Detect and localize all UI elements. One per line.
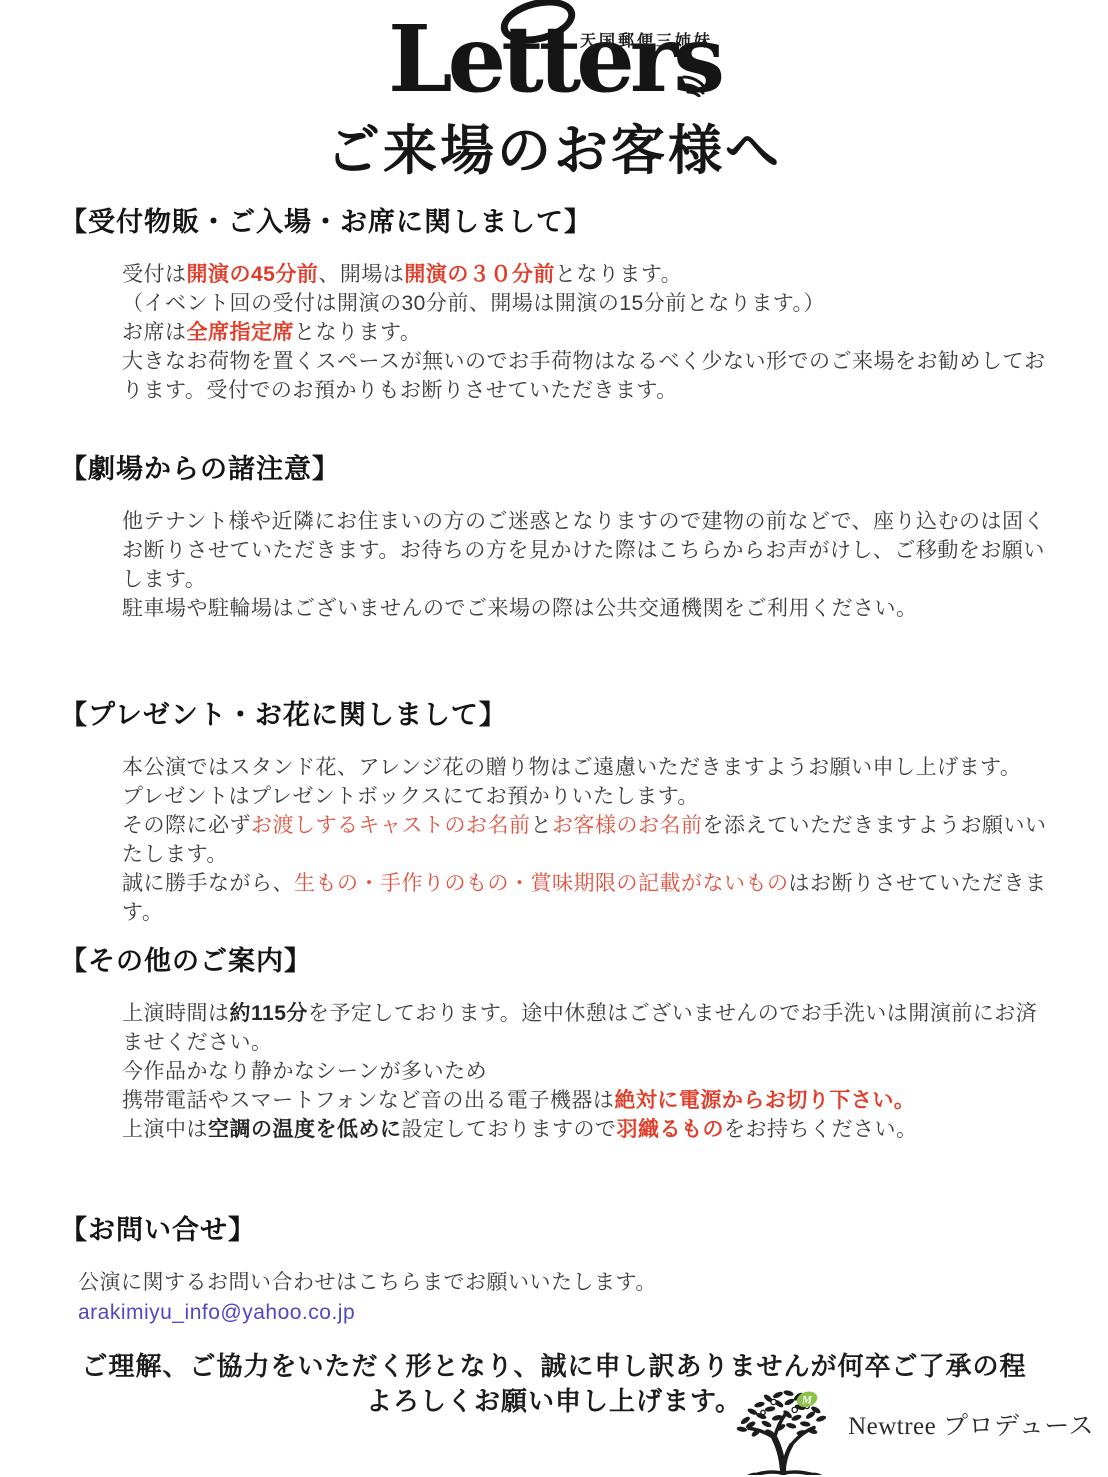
section-other-heading: 【その他のご案内】 (60, 943, 1052, 979)
section-venue-body: 他テナント様や近隣にお住まいの方のご迷惑となりますので建物の前などで、座り込むの… (60, 507, 1052, 623)
text-segment: 生もの・手作りのもの・賞味期限の記載がないもの (294, 872, 789, 895)
section-gifts-heading: 【プレゼント・お花に関しまして】 (60, 697, 1052, 733)
text-segment: 開演の45分前 (187, 263, 319, 286)
text-line: 受付は開演の45分前、開場は開演の３０分前となります。 (122, 260, 1048, 289)
text-segment: お渡しするキャストのお名前 (251, 814, 531, 837)
text-segment: お客様のお名前 (552, 814, 703, 837)
text-line: 上演時間は約115分を予定しております。途中休憩はございませんのでお手洗いは開演… (122, 999, 1048, 1057)
section-reception: 【受付物販・ご入場・お席に関しまして】 受付は開演の45分前、開場は開演の３０分… (0, 204, 1108, 405)
letters-logo: Letters 天国郵便三姉妹 (388, 4, 720, 116)
section-contact: 【お問い合せ】 公演に関するお問い合わせはこちらまでお願いいたします。 arak… (0, 1212, 1108, 1329)
text-segment: をお持ちください。 (724, 1118, 918, 1141)
text-segment: 、開場は (318, 263, 404, 286)
text-segment: 携帯電話やスマートフォンなど音の出る電子機器は (122, 1089, 614, 1112)
text-line: 今作品かなり静かなシーンが多いため (122, 1057, 1048, 1086)
section-reception-body: 受付は開演の45分前、開場は開演の３０分前となります。 （イベント回の受付は開演… (60, 260, 1052, 405)
page-title: ご来場のお客様へ (0, 118, 1108, 186)
text-segment: 上演中は (122, 1118, 208, 1141)
wing-icon (682, 73, 708, 102)
text-line: 携帯電話やスマートフォンなど音の出る電子機器は絶対に電源からお切り下さい。 (122, 1086, 1048, 1115)
text-line: 上演中は空調の温度を低めに設定しておりますので羽織るものをお持ちください。 (122, 1115, 1048, 1144)
text-segment: 羽織るもの (617, 1118, 725, 1141)
closing-line-1: ご理解、ご協力をいただく形となり、誠に申し訳ありませんが何卒ご了承の程 (0, 1349, 1108, 1384)
text-line: 本公演ではスタンド花、アレンジ花の贈り物はご遠慮いただきますようお願い申し上げま… (122, 753, 1048, 782)
flyer-page: Letters 天国郵便三姉妹 ご来場のお客様へ 【受付物販・ご入場・お席に関し… (0, 0, 1108, 1477)
masthead: Letters 天国郵便三姉妹 ご来場のお客様へ (0, 0, 1108, 186)
producer-name: Newtree (848, 1413, 936, 1440)
text-segment: 大きなお荷物を置くスペースが無いのでお手荷物はなるべく少ない形でのご来場をお勧め… (122, 350, 1045, 402)
text-segment: プレゼントはプレゼントボックスにてお預かりいたします。 (122, 785, 699, 808)
text-segment: 絶対に電源からお切り下さい。 (614, 1089, 915, 1112)
section-venue-notes: 【劇場からの諸注意】 他テナント様や近隣にお住まいの方のご迷惑となりますので建物… (0, 451, 1108, 623)
section-gifts-flowers: 【プレゼント・お花に関しまして】 本公演ではスタンド花、アレンジ花の贈り物はご遠… (0, 697, 1108, 927)
text-line: 大きなお荷物を置くスペースが無いのでお手荷物はなるべく少ない形でのご来場をお勧め… (122, 347, 1048, 405)
section-venue-heading: 【劇場からの諸注意】 (60, 451, 1052, 487)
section-contact-heading: 【お問い合せ】 (60, 1212, 1052, 1248)
section-reception-heading: 【受付物販・ご入場・お席に関しまして】 (60, 204, 1052, 240)
text-line: プレゼントはプレゼントボックスにてお預かりいたします。 (122, 782, 1048, 811)
text-line: その際に必ずお渡しするキャストのお名前とお客様のお名前を添えていただきますようお… (122, 811, 1048, 869)
text-line: 他テナント様や近隣にお住まいの方のご迷惑となりますので建物の前などで、座り込むの… (122, 507, 1048, 594)
text-segment: 全席指定席 (187, 321, 295, 344)
text-line: 公演に関するお問い合わせはこちらまでお願いいたします。 (78, 1268, 1048, 1297)
text-segment: 今作品かなり静かなシーンが多いため (122, 1060, 487, 1083)
text-segment: となります。 (555, 263, 682, 286)
producer-text: Newtree プロデュース (848, 1406, 1094, 1456)
text-segment: 受付は (122, 263, 187, 286)
text-line: 駐車場や駐輪場はございませんのでご来場の際は公共交通機関をご利用ください。 (122, 594, 1048, 623)
text-segment: お席は (122, 321, 187, 344)
text-segment: その際に必ず (122, 814, 251, 837)
section-contact-body: 公演に関するお問い合わせはこちらまでお願いいたします。 arakimiyu_in… (60, 1268, 1052, 1329)
text-line: 誠に勝手ながら、生もの・手作りのもの・賞味期限の記載がないものはお断りさせていた… (122, 869, 1048, 927)
logo-subtitle: 天国郵便三姉妹 (580, 28, 713, 51)
producer-logo: M Newtree プロデュース (724, 1387, 1094, 1475)
text-segment: 約115分 (230, 1002, 308, 1025)
text-segment: 開演の３０分前 (404, 263, 555, 286)
monogram-letter: M (801, 1395, 813, 1407)
text-line: お席は全席指定席となります。 (122, 318, 1048, 347)
text-segment: 上演時間は (122, 1002, 230, 1025)
text-segment: 誠に勝手ながら、 (122, 872, 294, 895)
text-segment: 駐車場や駐輪場はございませんのでご来場の際は公共交通機関をご利用ください。 (122, 597, 918, 620)
section-gifts-body: 本公演ではスタンド花、アレンジ花の贈り物はご遠慮いただきますようお願い申し上げま… (60, 753, 1052, 927)
text-segment: 本公演ではスタンド花、アレンジ花の贈り物はご遠慮いただきますようお願い申し上げま… (122, 756, 1021, 779)
tree-icon: M (724, 1387, 846, 1475)
text-segment: 公演に関するお問い合わせはこちらまでお願いいたします。 (78, 1271, 657, 1294)
section-other-body: 上演時間は約115分を予定しております。途中休憩はございませんのでお手洗いは開演… (60, 999, 1052, 1144)
text-segment: （イベント回の受付は開演の30分前、開場は開演の15分前となります。） (122, 292, 825, 315)
text-segment: となります。 (294, 321, 421, 344)
text-segment: 他テナント様や近隣にお住まいの方のご迷惑となりますので建物の前などで、座り込むの… (122, 510, 1045, 591)
text-segment: 設定しておりますので (402, 1118, 617, 1141)
section-other-info: 【その他のご案内】 上演時間は約115分を予定しております。途中休憩はございませ… (0, 943, 1108, 1144)
text-segment: 空調の温度を低めに (208, 1118, 402, 1141)
text-line: （イベント回の受付は開演の30分前、開場は開演の15分前となります。） (122, 289, 1048, 318)
text-segment: と (531, 814, 553, 837)
contact-email-link[interactable]: arakimiyu_info@yahoo.co.jp (78, 1297, 355, 1329)
producer-suffix: プロデュース (943, 1413, 1094, 1440)
